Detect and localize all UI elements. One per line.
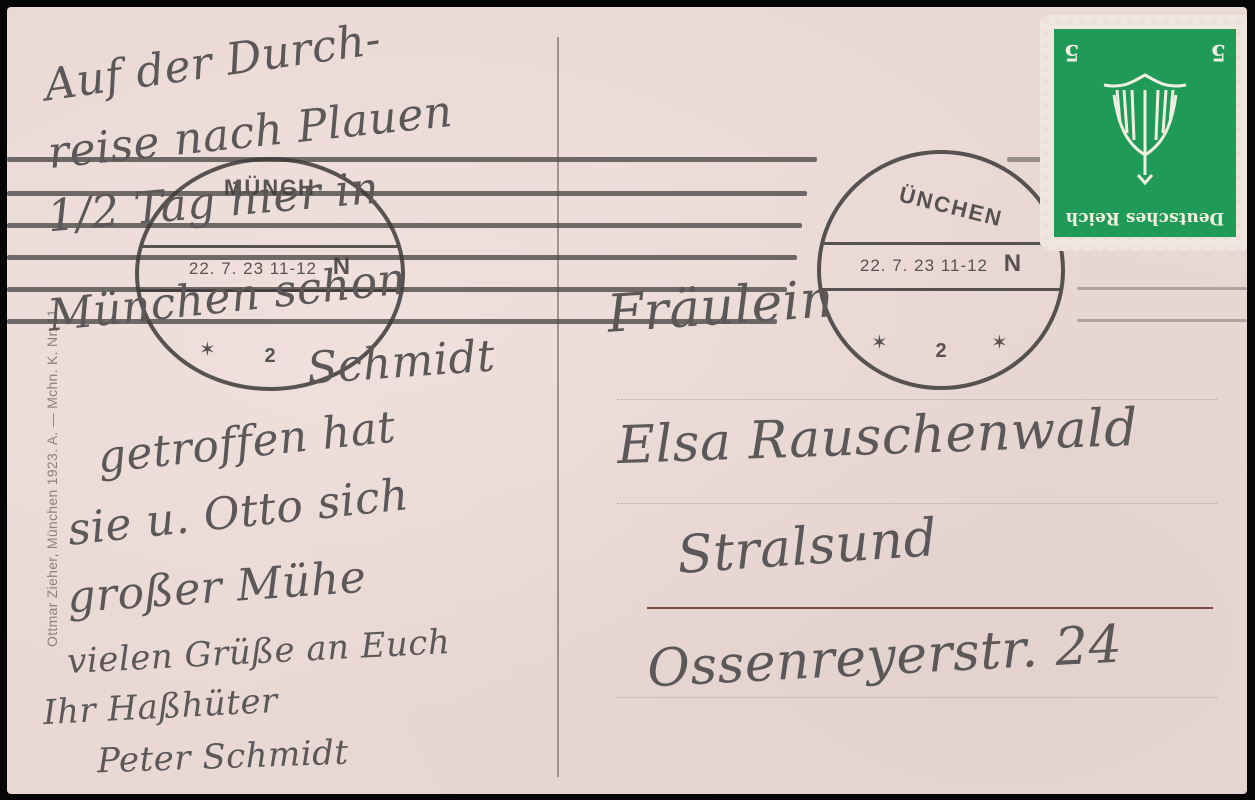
message-line: getroffen hat [95,402,398,484]
message-line: vielen Grüße an Euch [66,622,451,682]
postmark-date: 22. 7. 23 11-12 N [821,250,1061,278]
cancel-line [1077,319,1247,322]
postmark-band [139,245,401,248]
postage-stamp: Deutsches Reich 5 5 [1040,15,1247,251]
address-street: Ossenreyerstr. 24 [646,615,1124,700]
postmark-band [821,288,1061,291]
cancel-line [1077,287,1247,290]
message-line: Auf der Durch- [41,14,384,112]
message-line: sie u. Otto sich [65,469,411,556]
address-salutation: Fräulein [605,269,836,345]
address-city: Stralsund [675,508,939,586]
address-rule [617,503,1217,504]
postmark-right: ÜNCHEN 22. 7. 23 11-12 N ✶ ✶ 2 [817,150,1065,390]
postmark-suffix: N [1004,250,1022,277]
stamp-value: 5 [1211,39,1226,65]
postmark-date-value: 22. 7. 23 [860,256,935,275]
address-name: Elsa Rauschenwald [616,398,1139,476]
postmark-city: ÜNCHEN [831,165,1070,248]
message-line: Ihr Haßhüter [42,681,279,733]
postmark-time: 11-12 [941,256,988,275]
printer-imprint: Ottmar Zieher, München 1923. A. — Mchn. … [44,309,60,647]
stamp-face: Deutsches Reich 5 5 [1054,29,1236,237]
eagle-icon [1094,65,1196,185]
postcard-back: Ottmar Zieher, München 1923. A. — Mchn. … [7,7,1247,794]
stamp-value: 5 [1064,39,1079,65]
address-rule [647,607,1213,609]
stamp-issuer: Deutsches Reich [1054,209,1236,227]
message-line: großer Mühe [66,552,368,624]
center-divider [557,37,559,777]
message-line: Peter Schmidt [96,733,349,782]
address-rule [617,697,1217,698]
postmark-office: 2 [821,340,1061,363]
postmark-band [821,242,1061,245]
